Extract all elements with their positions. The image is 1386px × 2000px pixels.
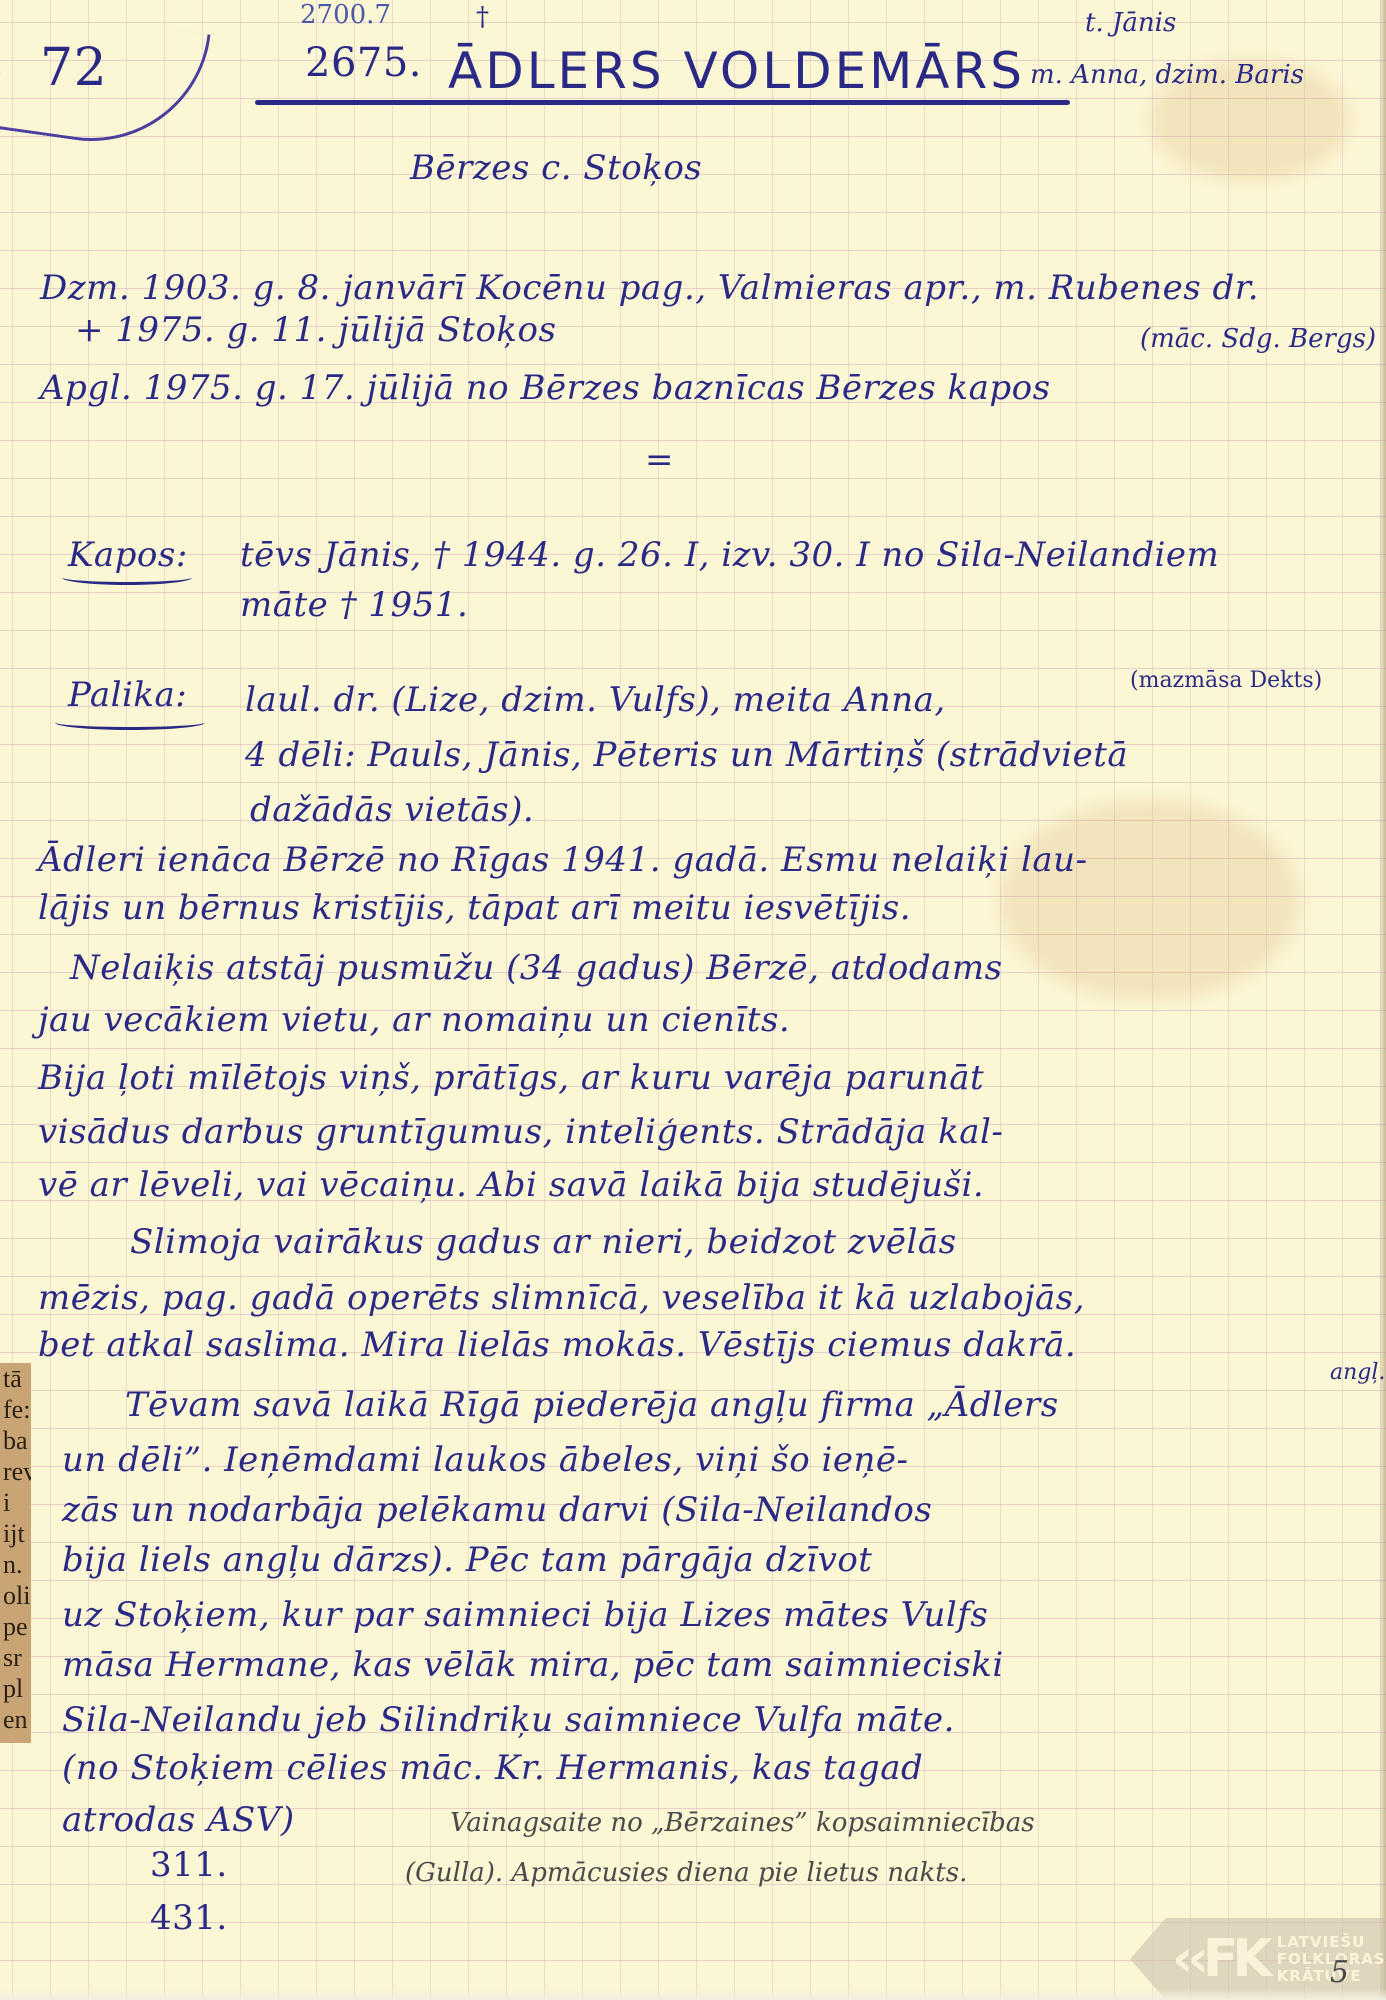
clipping-text: pe — [3, 1611, 31, 1642]
mother-name: m. Anna, dzim. Baris — [1030, 60, 1304, 90]
catalog-number-new: 2700.7 — [300, 0, 391, 30]
narrative-line: bija liels angļu dārzs). Pēc tam pārgāja… — [62, 1540, 872, 1580]
separator-mark: = — [645, 440, 674, 480]
narrative-line: Tēvam savā laikā Rīgā piederēja angļu fi… — [125, 1385, 1059, 1425]
paper-stain — [1000, 800, 1300, 1000]
narrative-line: Nelaiķis atstāj pusmūžu (34 gadus) Bērzē… — [70, 948, 1003, 988]
narrative-line: jau vecākiem vietu, ar nomaiņu un cienīt… — [38, 1000, 790, 1040]
clipping-text: fe: — [3, 1394, 31, 1425]
survivors-annotation: (mazmāsa Dekts) — [1130, 668, 1322, 693]
narrative-line: uz Stoķiem, kur par saimnieci bija Lizes… — [62, 1595, 988, 1635]
narrative-line: māsa Hermane, kas vēlāk mira, pēc tam sa… — [62, 1645, 1004, 1685]
clipping-text: sr — [3, 1642, 31, 1673]
logo-line: LATVIEŠU — [1277, 1934, 1386, 1951]
clipping-text: ijt — [3, 1518, 31, 1549]
clipping-text: pl — [3, 1673, 31, 1704]
logo-mark-icon: ‹‹FK — [1172, 1929, 1267, 1989]
narrative-line: Sila-Neilandu jeb Silindriķu saimniece V… — [62, 1700, 955, 1740]
cross-mark: † — [476, 2, 489, 32]
corner-pencil-number: 5 — [1330, 1955, 1350, 1990]
narrative-line: (no Stoķiem cēlies māc. Kr. Hermanis, ka… — [62, 1748, 923, 1788]
pencil-note-line-1: Vainagsaite no „Bērzaines” kopsaimniecīb… — [450, 1808, 1035, 1838]
person-name: ĀDLERS VOLDEMĀRS — [448, 42, 1025, 100]
survivors-line-2: 4 dēli: Pauls, Jānis, Pēteris un Mārtiņš… — [245, 735, 1128, 775]
newspaper-clipping-fragment: tā fe: ba rev i ijt n. oli pe sr pl en — [0, 1363, 31, 1743]
clipping-text: ba — [3, 1425, 31, 1456]
survivors-line-1: laul. dr. (Lize, dzim. Vulfs), meita Ann… — [245, 680, 946, 720]
clipping-text: oli — [3, 1580, 31, 1611]
narrative-line: atrodas ASV) — [62, 1800, 295, 1840]
narrative-line: Bija ļoti mīlētojs viņš, prātīgs, ar kur… — [38, 1058, 984, 1098]
wavy-underline — [55, 715, 205, 730]
narrative-line: mēzis, pag. gadā operēts slimnīcā, vesel… — [38, 1278, 1085, 1318]
graves-line-1: tēvs Jānis, † 1944. g. 26. I, izv. 30. I… — [240, 535, 1219, 575]
page-bottom-edge — [0, 1988, 1386, 2000]
clipping-text: n. — [3, 1549, 31, 1580]
graves-label: Kapos: — [68, 535, 188, 575]
father-name: t. Jānis — [1085, 8, 1176, 38]
location: Bērzes c. Stoķos — [410, 148, 702, 188]
officiant: (māc. Sdg. Bergs) — [1140, 324, 1376, 354]
narrative-line: zās un nodarbāja pelēkamu darvi (Sila-Ne… — [62, 1490, 932, 1530]
birth-line: Dzm. 1903. g. 8. janvārī Kocēnu pag., Va… — [40, 268, 1259, 308]
tape-number: 431. — [150, 1898, 228, 1938]
narrative-line: Slimoja vairākus gadus ar nieri, beidzot… — [130, 1222, 957, 1262]
clipping-text: en — [3, 1704, 31, 1735]
clipping-text: rev — [3, 1456, 31, 1487]
death-line: + 1975. g. 11. jūlijā Stoķos — [75, 310, 556, 350]
narrative-line: visādus darbus gruntīgumus, inteliģents.… — [38, 1112, 1003, 1152]
narrative-line: Ādleri ienāca Bērzē no Rīgas 1941. gadā.… — [38, 840, 1088, 880]
margin-note: angļ. — [1330, 1360, 1385, 1385]
title-underline — [255, 100, 1070, 105]
narrative-line: lājis un bērnus kristījis, tāpat arī mei… — [38, 888, 911, 928]
survivors-line-3: dažādās vietās). — [250, 790, 534, 830]
catalog-number-old: 2675. — [305, 40, 422, 86]
pencil-note-line-2: (Gulla). Apmācusies diena pie lietus nak… — [405, 1858, 967, 1888]
page-number: 72 — [40, 38, 107, 98]
page-edge — [1380, 0, 1386, 2000]
survivors-label: Palika: — [68, 675, 187, 715]
narrative-line: bet atkal saslima. Mira lielās mokās. Vē… — [38, 1325, 1076, 1365]
wavy-underline — [62, 570, 192, 585]
graves-line-2: māte † 1951. — [240, 585, 468, 625]
narrative-line: un dēli”. Ieņēmdami laukos ābeles, viņi … — [62, 1440, 908, 1480]
tape-number: 311. — [150, 1845, 228, 1885]
burial-line: Apgl. 1975. g. 17. jūlijā no Bērzes bazn… — [40, 368, 1051, 408]
clipping-text: i — [3, 1487, 31, 1518]
clipping-text: tā — [3, 1363, 31, 1394]
narrative-line: vē ar lēveli, vai vēcaiņu. Abi savā laik… — [38, 1165, 984, 1205]
